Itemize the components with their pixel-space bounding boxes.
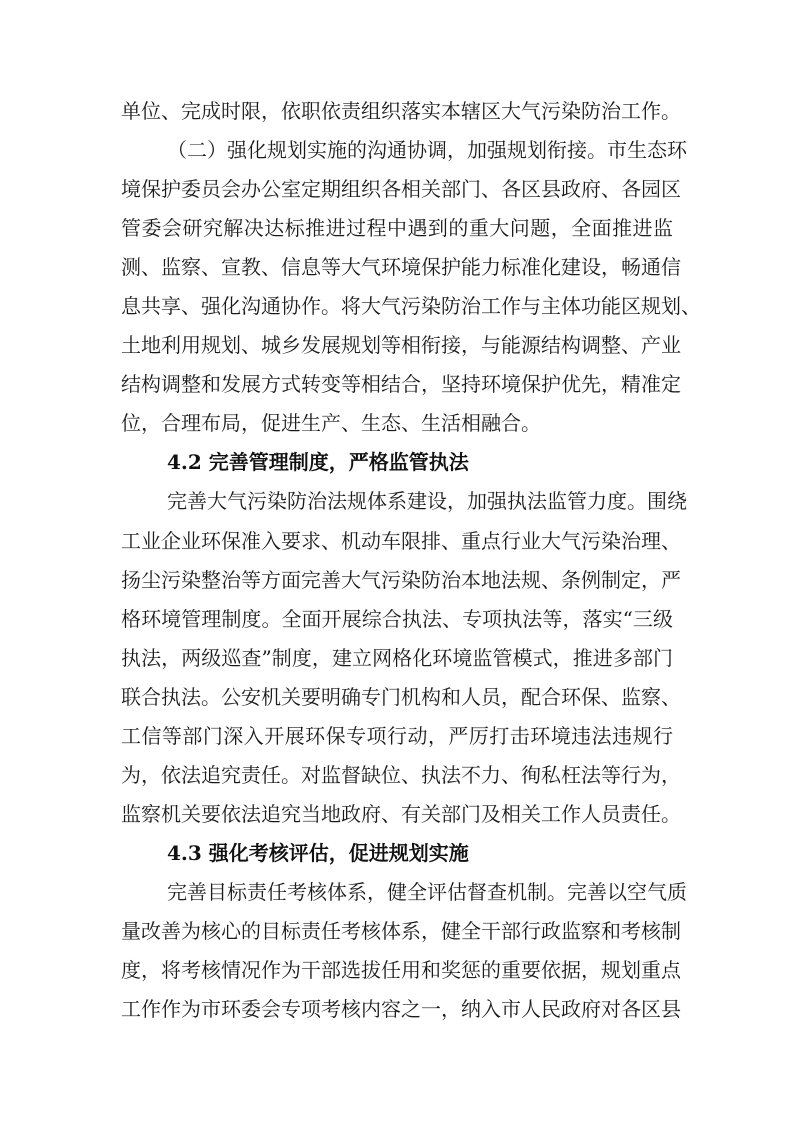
paragraph-line: 息共享、强化沟通协作。将大气污染防治工作与主体功能区规划、	[121, 287, 673, 326]
paragraph-line: 扬尘污染整治等方面完善大气污染防治本地法规、条例制定，严	[121, 561, 673, 600]
section-heading-4-3: 4.3 强化考核评估，促进规划实施	[121, 834, 673, 873]
paragraph-line: 结构调整和发展方式转变等相结合，坚持环境保护优先，精准定	[121, 365, 673, 404]
paragraph-line: 单位、完成时限，依职依责组织落实本辖区大气污染防治工作。	[121, 92, 673, 131]
paragraph-line: 工业企业环保准入要求、机动车限排、重点行业大气污染治理、	[121, 522, 673, 561]
paragraph-line: 工作作为市环委会专项考核内容之一，纳入市人民政府对各区县	[121, 990, 673, 1029]
paragraph-line: 测、监察、宣教、信息等大气环境保护能力标准化建设，畅通信	[121, 248, 673, 287]
paragraph-line: 境保护委员会办公室定期组织各相关部门、各区县政府、各园区	[121, 170, 673, 209]
paragraph-line: （二）强化规划实施的沟通协调，加强规划衔接。市生态环	[121, 131, 673, 170]
paragraph-line: 完善目标责任考核体系，健全评估督查机制。完善以空气质	[121, 873, 673, 912]
paragraph-line: 工信等部门深入开展环保专项行动，严厉打击环境违法违规行	[121, 717, 673, 756]
paragraph-line: 监察机关要依法追究当地政府、有关部门及相关工作人员责任。	[121, 795, 673, 834]
paragraph-line: 量改善为核心的目标责任考核体系，健全干部行政监察和考核制	[121, 912, 673, 951]
paragraph-line: 为，依法追究责任。对监督缺位、执法不力、徇私枉法等行为，	[121, 756, 673, 795]
paragraph-line: 联合执法。公安机关要明确专门机构和人员，配合环保、监察、	[121, 678, 673, 717]
paragraph-line: 完善大气污染防治法规体系建设，加强执法监管力度。围绕	[121, 482, 673, 521]
paragraph-line: 度，将考核情况作为干部选拔任用和奖惩的重要依据，规划重点	[121, 951, 673, 990]
paragraph-line: 土地利用规划、城乡发展规划等相衔接，与能源结构调整、产业	[121, 326, 673, 365]
document-page: 单位、完成时限，依职依责组织落实本辖区大气污染防治工作。 （二）强化规划实施的沟…	[121, 92, 673, 1029]
paragraph-line: 管委会研究解决达标推进过程中遇到的重大问题，全面推进监	[121, 209, 673, 248]
paragraph-line: 格环境管理制度。全面开展综合执法、专项执法等，落实“三级	[121, 600, 673, 639]
paragraph-line: 执法，两级巡查”制度，建立网格化环境监管模式，推进多部门	[121, 639, 673, 678]
section-heading-4-2: 4.2 完善管理制度，严格监管执法	[121, 443, 673, 482]
paragraph-line: 位，合理布局，促进生产、生态、生活相融合。	[121, 404, 673, 443]
